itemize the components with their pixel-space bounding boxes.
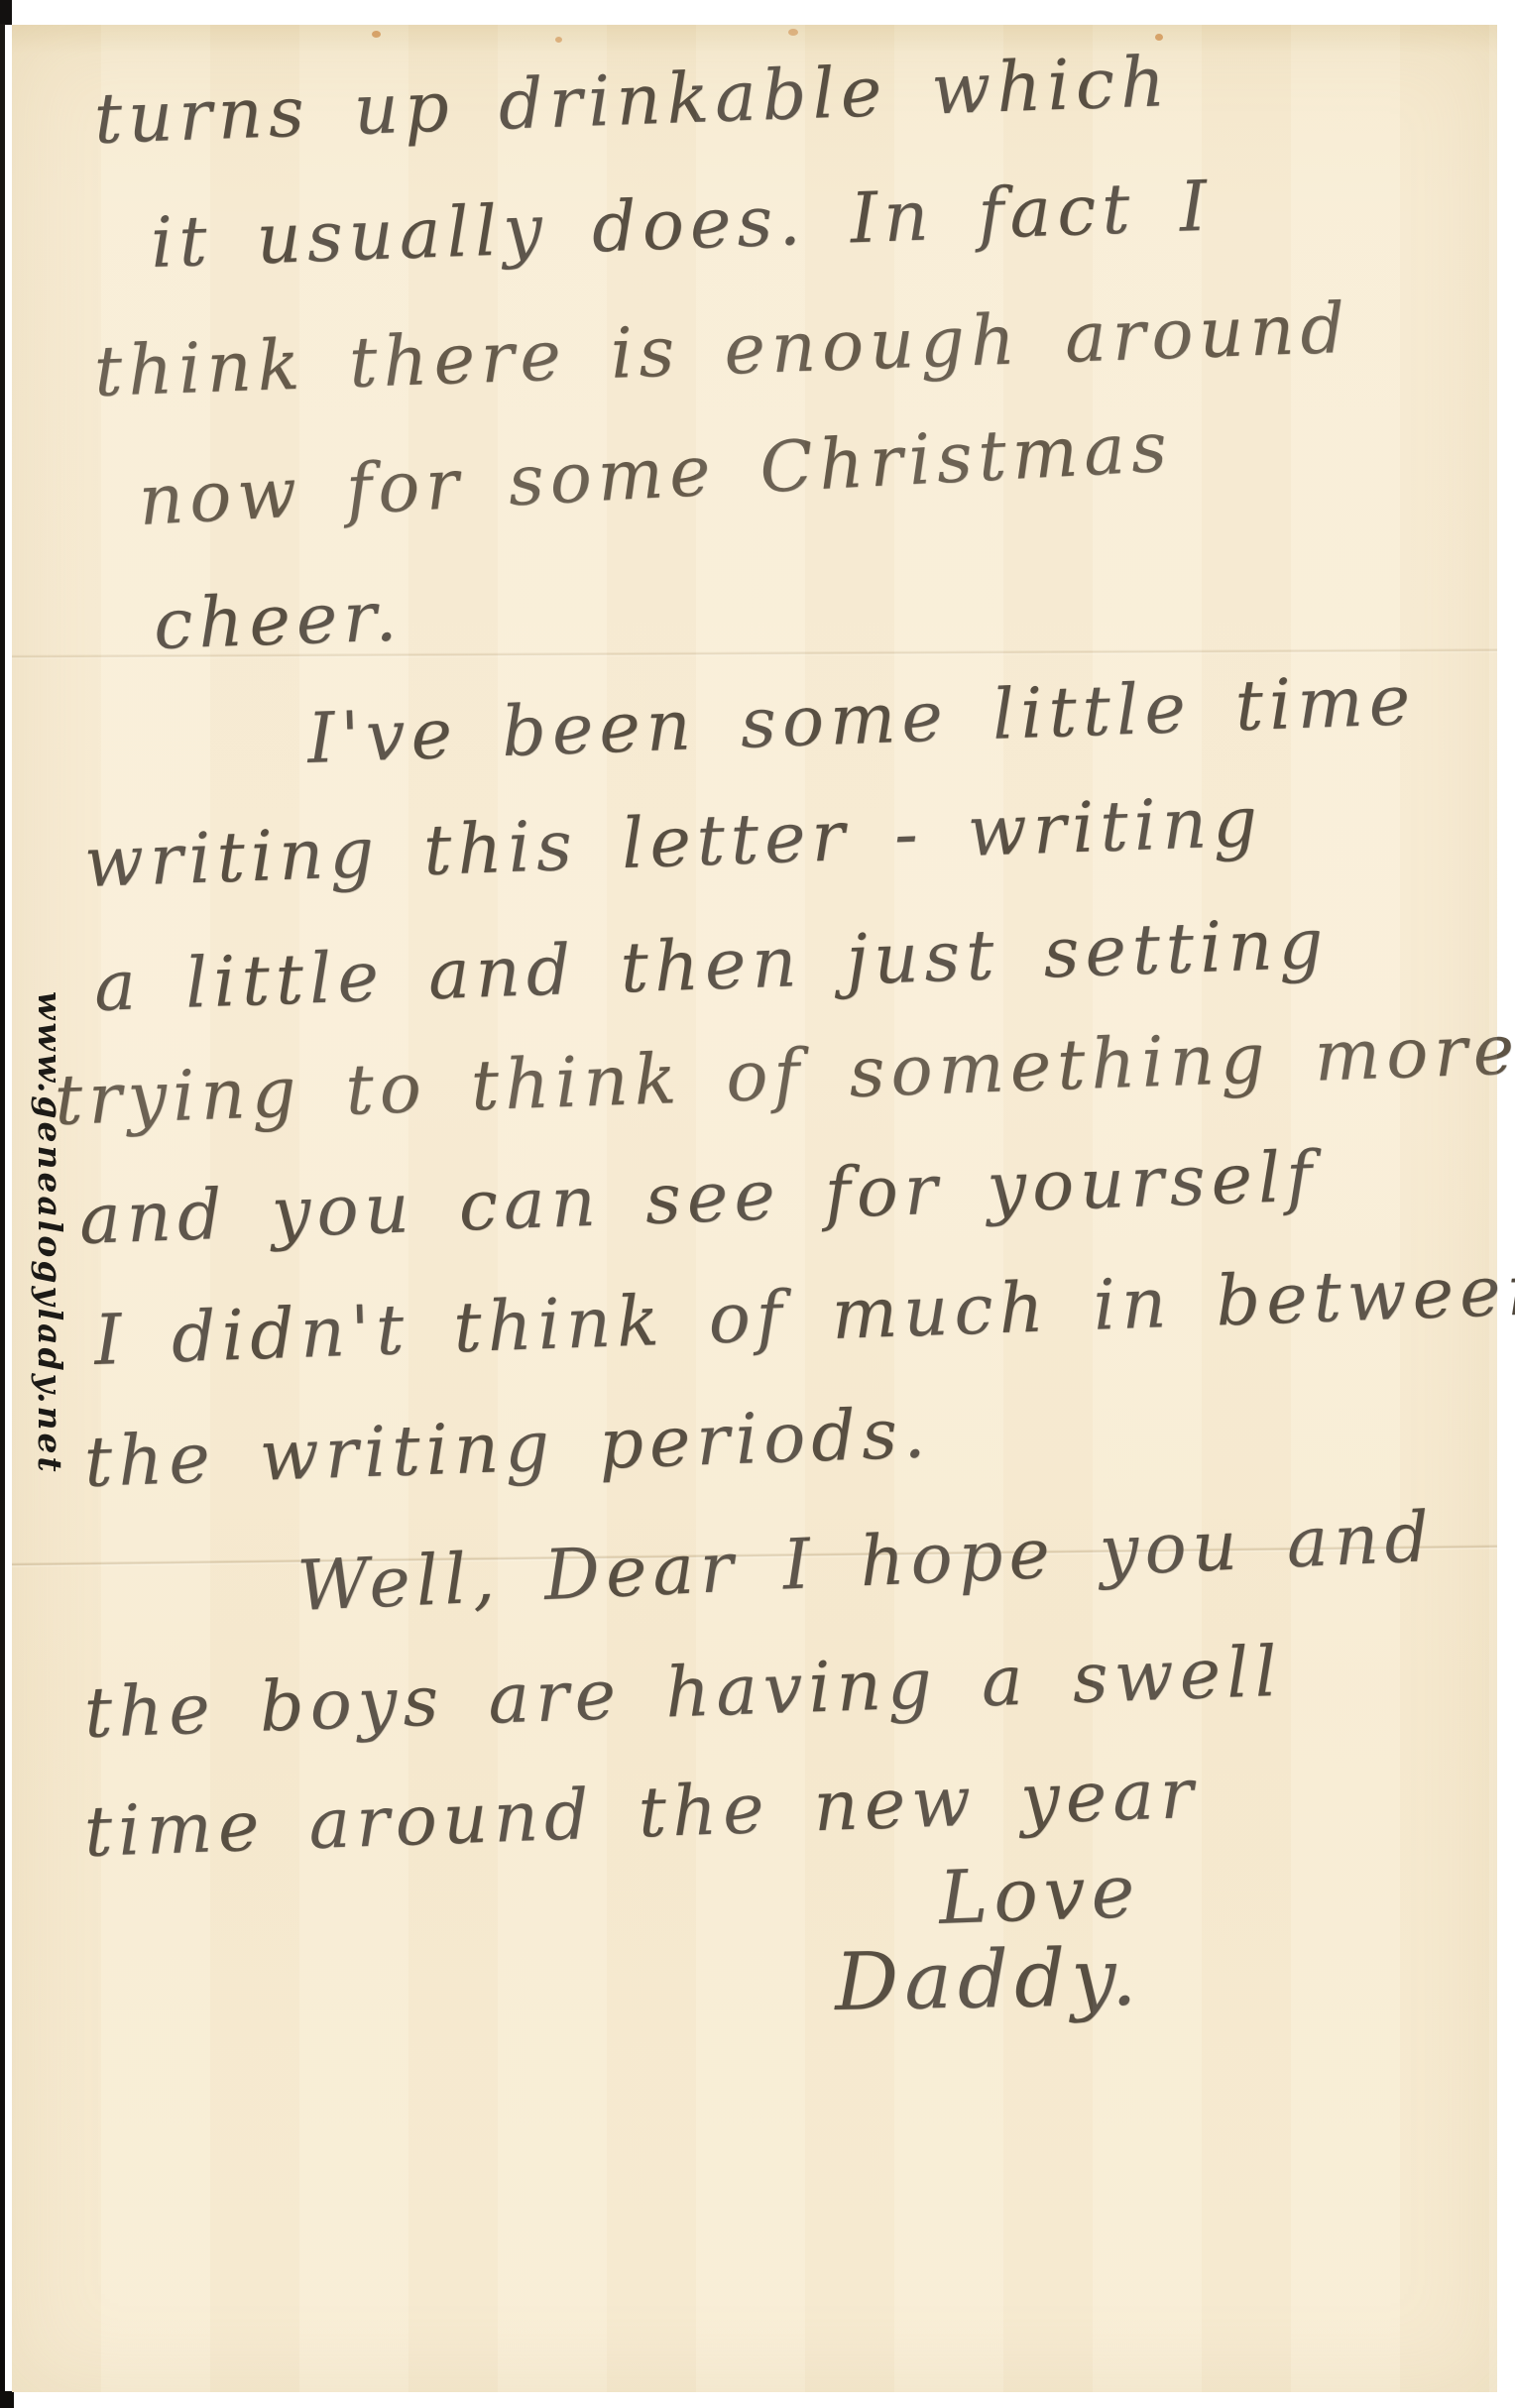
handwriting-line: cheer. [153,581,404,659]
handwriting-line: now for some Christmas [137,411,1174,535]
handwriting-line: Well, Dear I hope you and [295,1502,1436,1621]
handwriting-line: it usually does. In fact I [150,172,1215,278]
handwriting-line: and you can see for yourself [78,1141,1320,1254]
handwriting-line: writing this letter - writing [83,787,1264,897]
letter-paper: www.genealogylady.net turns up drinkable… [12,25,1497,2392]
scan-edge-artifact-left [0,24,5,2395]
handwriting-line: a little and then just setting [93,909,1331,1021]
handwriting-line: time around the new year [83,1759,1201,1867]
handwriting-line: trying to think of something more [54,1014,1515,1135]
foxing-speck [555,37,562,43]
valediction: Love [938,1855,1142,1935]
handwriting-line: I didn't think of much in between [93,1255,1515,1375]
handwriting-line: think there is enough around [93,293,1352,406]
handwriting-line: turns up drinkable which [93,47,1172,154]
handwriting-line: the boys are having a swell [83,1637,1284,1748]
handwriting-line: the writing periods. [83,1398,932,1497]
foxing-speck [372,31,381,38]
scan-edge-artifact-top-left [0,0,12,25]
scanned-letter-page: www.genealogylady.net turns up drinkable… [0,0,1515,2408]
handwriting-line: I've been some little time [306,665,1417,773]
scan-edge-artifact-bottom-left [0,2391,14,2408]
signature: Daddy. [834,1938,1143,2022]
foxing-speck [1155,34,1163,41]
foxing-speck [788,29,798,36]
